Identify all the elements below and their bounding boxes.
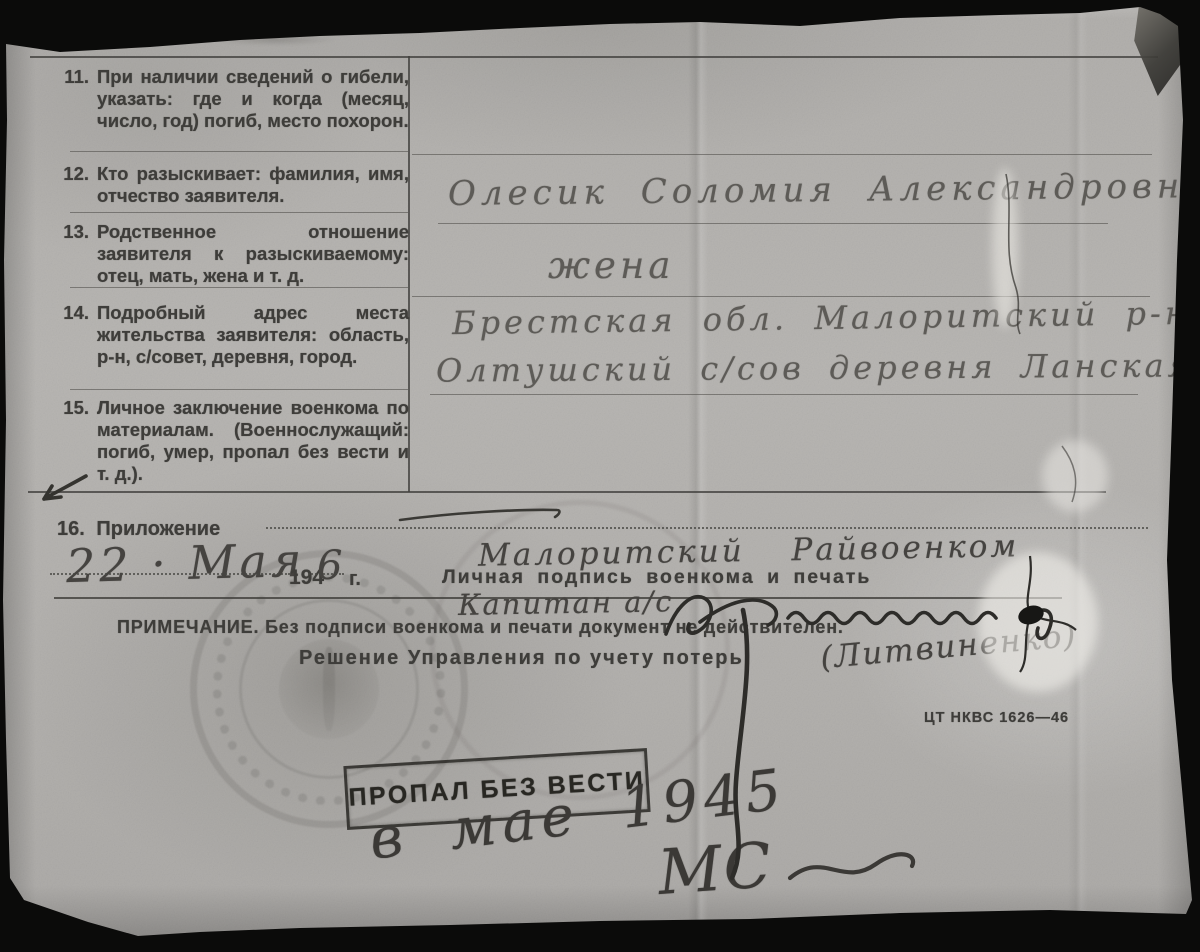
item-13-label: Родственное отношение заявителя к разыск…: [97, 221, 409, 287]
form-item-11: 11. При наличии сведений о гибели, указа…: [55, 66, 409, 132]
table-row-separator: [70, 151, 408, 152]
decision-caption: Решение Управления по учету потерь: [299, 647, 744, 670]
table-row-separator: [70, 212, 408, 213]
document-paper: 11. При наличии сведений о гибели, указа…: [0, 0, 1200, 952]
form-item-13: 13. Родственное отношение заявителя к ра…: [55, 221, 409, 287]
item-11-label: При наличии сведений о гибели, указать: …: [97, 66, 409, 132]
form-item-15: 15. Личное заключение военкома по матери…: [55, 397, 409, 485]
table-bottom-line: [28, 491, 1106, 493]
item-number: 12.: [55, 163, 89, 207]
form-item-14: 14. Подробный адрес места жительства зая…: [55, 302, 409, 368]
handwritten-date-day-month: 22 · Мая: [65, 533, 306, 593]
table-row-separator: [70, 389, 408, 390]
date-underline: [50, 573, 290, 575]
item-number: 15.: [55, 397, 89, 485]
pencil-smudge: [92, 24, 352, 50]
item-14-label: Подробный адрес места жительства заявите…: [97, 302, 409, 368]
form-code: ЦТ НКВС 1626—46: [924, 710, 1069, 726]
item-12-answer-handwritten: Олесик Соломия Александровна: [448, 166, 1200, 214]
answer-line: [412, 154, 1152, 155]
item-15-label: Личное заключение военкома по материалам…: [97, 397, 409, 485]
answer-line: [430, 394, 1138, 395]
year-dots: [308, 573, 344, 575]
handwritten-initials: МС: [656, 828, 776, 909]
answer-line: [438, 223, 1108, 224]
item-13-answer-handwritten: жена: [548, 244, 674, 287]
item-14-answer-line2-handwritten: Олтушский с/сов деревня Ланская: [436, 346, 1193, 389]
printed-year-suffix: г.: [349, 568, 361, 591]
handwritten-year-digit: 6: [317, 543, 342, 589]
item-number: 11.: [55, 66, 89, 132]
item-number: 14.: [55, 302, 89, 368]
table-row-separator: [70, 287, 408, 288]
form-item-12: 12. Кто разыскивает: фамилия, имя, отчес…: [55, 163, 409, 207]
item-number: 16.: [57, 518, 85, 540]
note-text: ПРИМЕЧАНИЕ. Без подписи военкома и печат…: [117, 617, 844, 638]
item-12-label: Кто разыскивает: фамилия, имя, отчество …: [97, 163, 409, 207]
item-number: 13.: [55, 221, 89, 287]
table-top-line: [30, 56, 1158, 58]
